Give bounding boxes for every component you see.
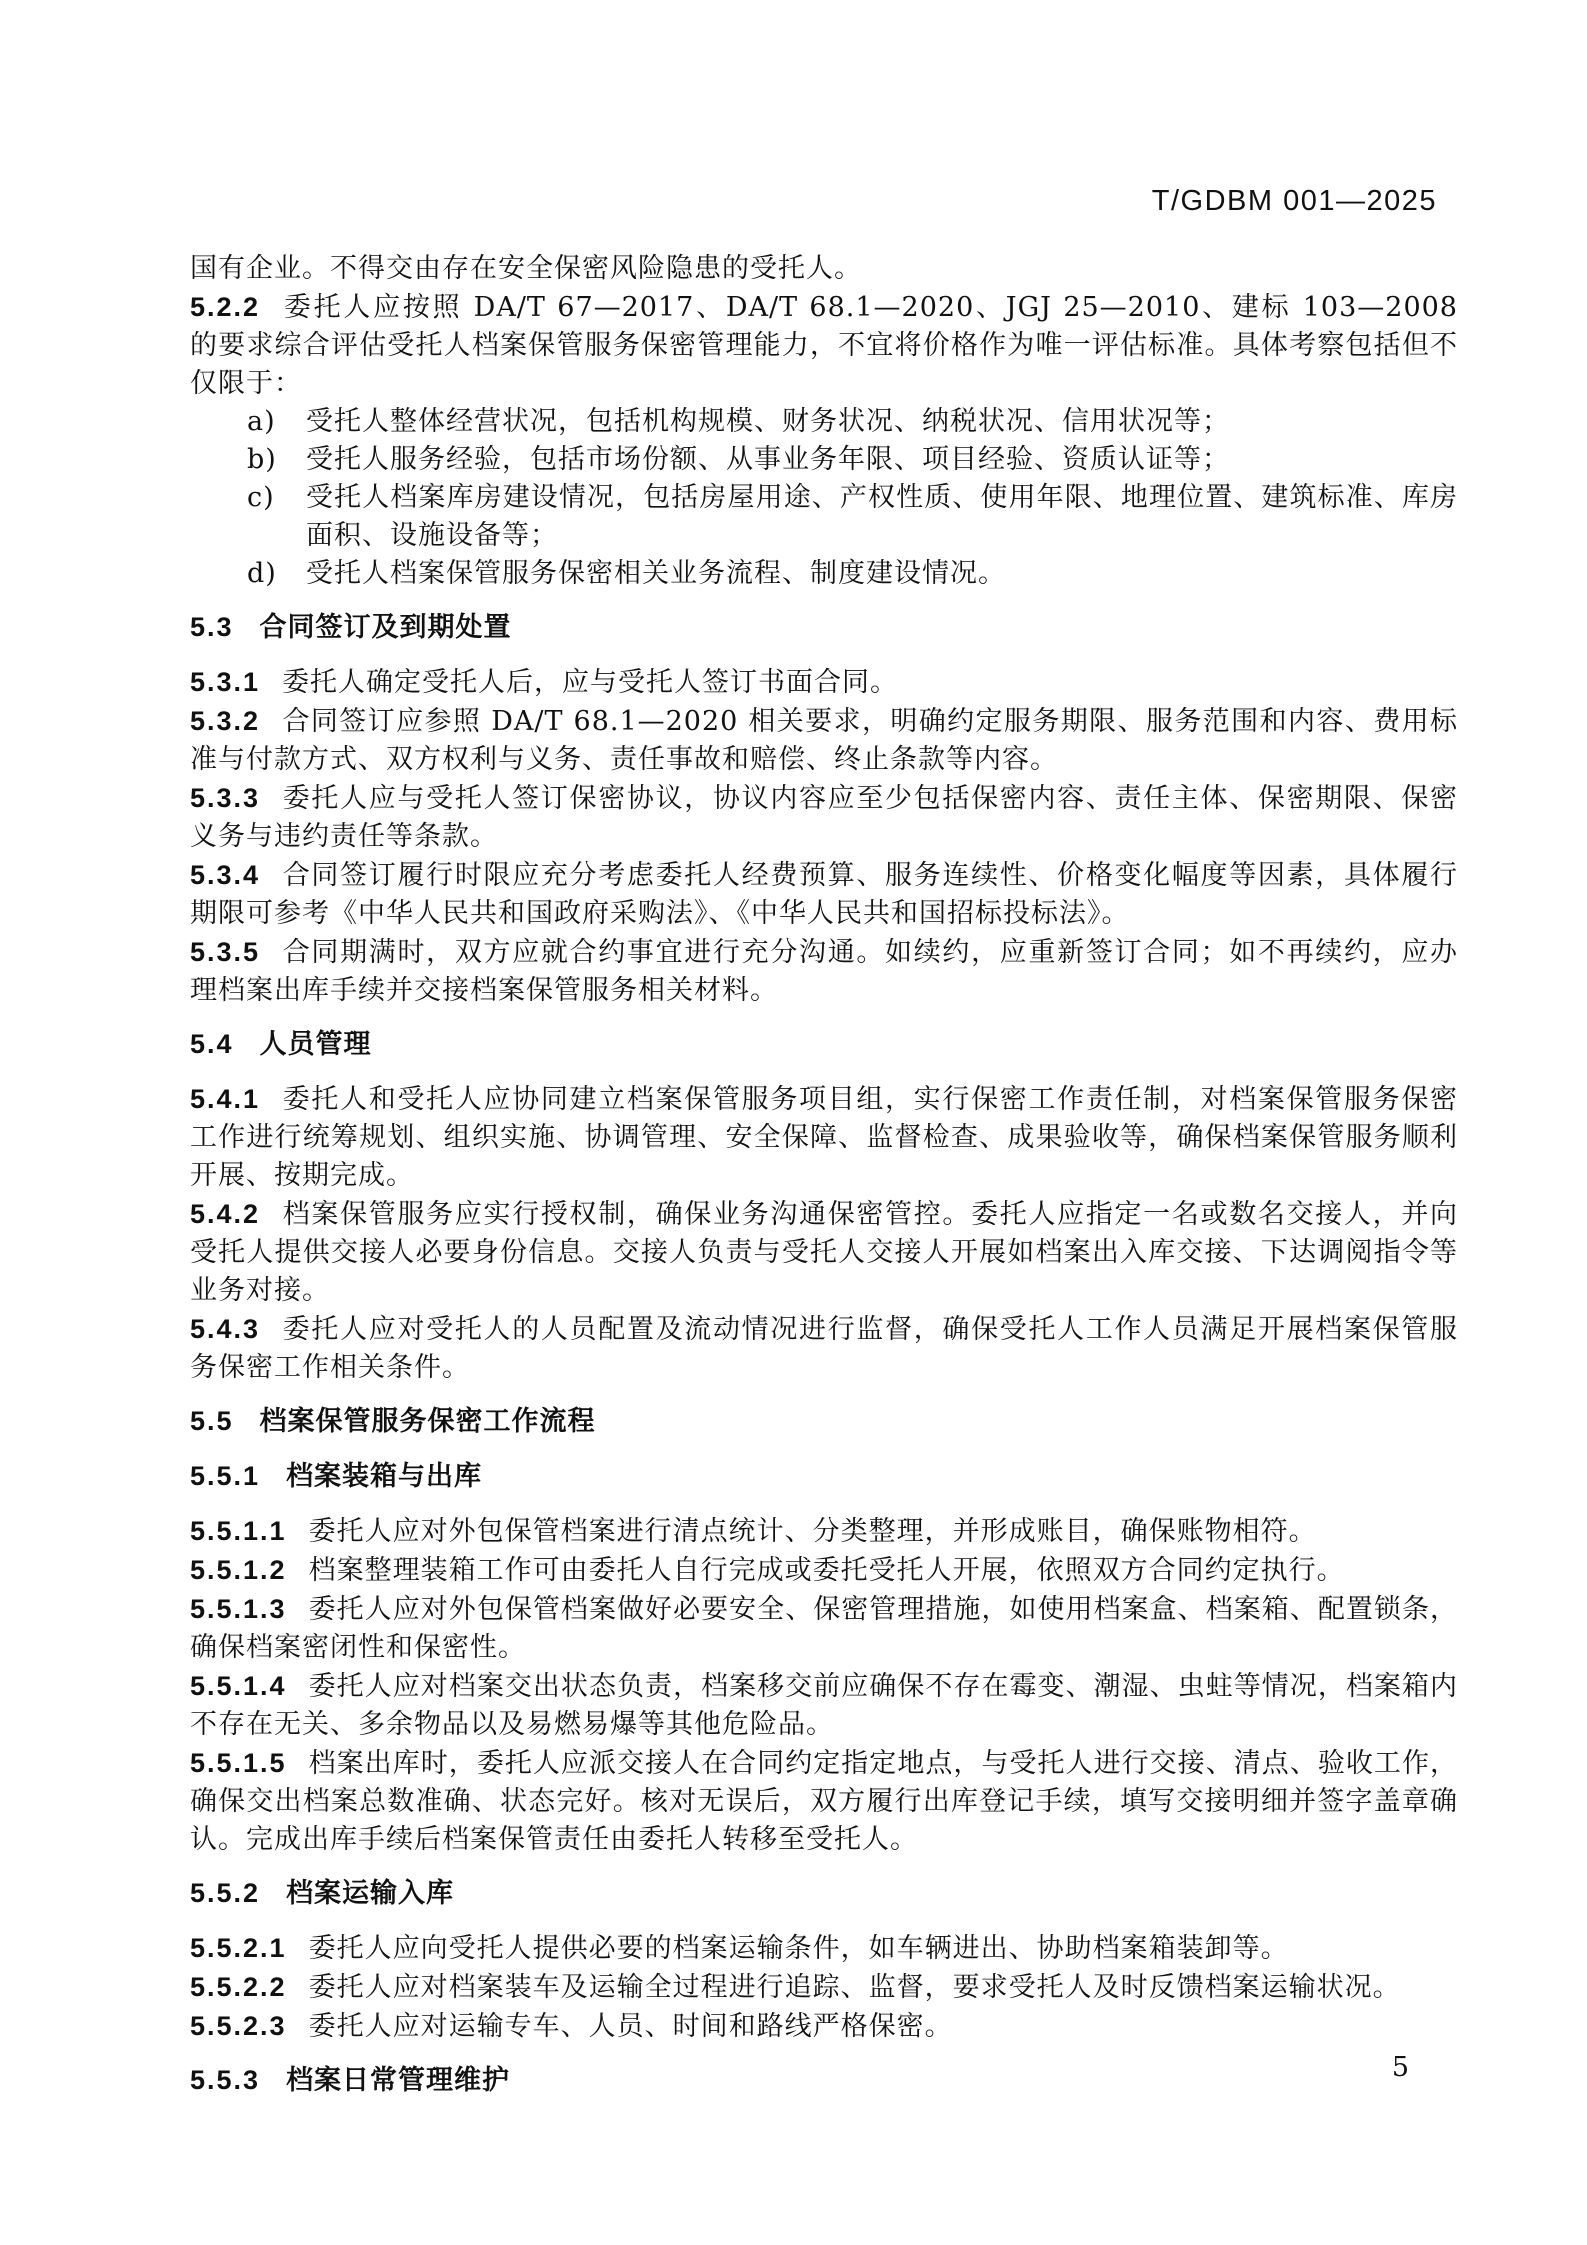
body-text: 国有企业。不得交由存在安全保密风险隐患的受托人。 — [190, 253, 862, 284]
heading-number: 5.5.1 — [190, 1461, 260, 1491]
clause-number: 5.3.3 — [190, 783, 260, 813]
list-item-label: a) — [247, 403, 276, 441]
list-item: c)受托人档案库房建设情况，包括房屋用途、产权性质、使用年限、地理位置、建筑标准… — [190, 479, 1458, 555]
list-item-label: d) — [247, 555, 277, 593]
clause-paragraph: 5.3.5合同期满时，双方应就合约事宜进行充分沟通。如续约，应重新签订合同；如不… — [190, 933, 1458, 1010]
heading-text: 档案运输入库 — [286, 1878, 454, 1908]
clause-text: 档案出库时，委托人应派交接人在合同约定指定地点，与受托人进行交接、清点、验收工作… — [190, 1748, 1458, 1855]
clause-paragraph: 5.5.2.3委托人应对运输专车、人员、时间和路线严格保密。 — [190, 2007, 1458, 2046]
clause-number: 5.3.1 — [190, 667, 260, 697]
list-item-text: 受托人档案保管服务保密相关业务流程、制度建设情况。 — [306, 558, 1006, 589]
heading-number: 5.5 — [190, 1406, 234, 1436]
section-heading: 5.5档案保管服务保密工作流程 — [190, 1402, 1458, 1440]
clause-paragraph: 5.3.2合同签订应参照 DA/T 68.1—2020 相关要求，明确约定服务期… — [190, 702, 1458, 779]
clause-text: 委托人和受托人应协同建立档案保管服务项目组，实行保密工作责任制，对档案保管服务保… — [190, 1084, 1458, 1191]
clause-paragraph: 5.2.2委托人应按照 DA/T 67—2017、DA/T 68.1—2020、… — [190, 288, 1458, 403]
clause-text: 委托人应对外包保管档案做好必要安全、保密管理措施，如使用档案盒、档案箱、配置锁条… — [190, 1594, 1458, 1663]
section-heading: 5.5.3档案日常管理维护 — [190, 2061, 1458, 2099]
clause-text: 委托人应对受托人的人员配置及流动情况进行监督，确保受托人工作人员满足开展档案保管… — [190, 1314, 1458, 1383]
clause-paragraph: 5.4.1委托人和受托人应协同建立档案保管服务项目组，实行保密工作责任制，对档案… — [190, 1080, 1458, 1195]
clause-text: 委托人应对运输专车、人员、时间和路线严格保密。 — [309, 2011, 953, 2042]
clause-text: 委托人确定受托人后，应与受托人签订书面合同。 — [282, 667, 898, 698]
heading-number: 5.4 — [190, 1029, 234, 1059]
list-item: d)受托人档案保管服务保密相关业务流程、制度建设情况。 — [190, 555, 1458, 593]
clause-paragraph: 5.5.1.4委托人应对档案交出状态负责，档案移交前应确保不存在霉变、潮湿、虫蛀… — [190, 1667, 1458, 1744]
document-content: 国有企业。不得交由存在安全保密风险隐患的受托人。5.2.2委托人应按照 DA/T… — [190, 250, 1458, 2116]
clause-text: 委托人应对档案交出状态负责，档案移交前应确保不存在霉变、潮湿、虫蛀等情况，档案箱… — [190, 1671, 1458, 1740]
clause-text: 委托人应与受托人签订保密协议，协议内容应至少包括保密内容、责任主体、保密期限、保… — [190, 783, 1458, 852]
list-item-label: b) — [247, 441, 277, 479]
page-number: 5 — [1392, 2052, 1409, 2083]
clause-paragraph: 5.3.3委托人应与受托人签订保密协议，协议内容应至少包括保密内容、责任主体、保… — [190, 779, 1458, 856]
list-item-text: 受托人整体经营状况，包括机构规模、财务状况、纳税状况、信用状况等； — [306, 406, 1230, 437]
clause-number: 5.5.2.1 — [190, 1933, 287, 1963]
section-heading: 5.5.2档案运输入库 — [190, 1874, 1458, 1912]
clause-paragraph: 5.5.1.3委托人应对外包保管档案做好必要安全、保密管理措施，如使用档案盒、档… — [190, 1590, 1458, 1667]
clause-paragraph: 5.4.3委托人应对受托人的人员配置及流动情况进行监督，确保受托人工作人员满足开… — [190, 1310, 1458, 1387]
clause-number: 5.3.5 — [190, 937, 260, 967]
heading-text: 人员管理 — [260, 1029, 372, 1059]
clause-paragraph: 5.5.1.5档案出库时，委托人应派交接人在合同约定指定地点，与受托人进行交接、… — [190, 1744, 1458, 1859]
document-page: T/GDBM 001—2025 国有企业。不得交由存在安全保密风险隐患的受托人。… — [0, 0, 1587, 2245]
section-heading: 5.5.1档案装箱与出库 — [190, 1457, 1458, 1495]
clause-number: 5.4.3 — [190, 1314, 260, 1344]
clause-number: 5.5.1.5 — [190, 1748, 287, 1778]
clause-text: 委托人应按照 DA/T 67—2017、DA/T 68.1—2020、JGJ 2… — [190, 292, 1458, 399]
clause-number: 5.5.2.2 — [190, 1972, 287, 2002]
body-paragraph: 国有企业。不得交由存在安全保密风险隐患的受托人。 — [190, 250, 1458, 288]
heading-text: 档案保管服务保密工作流程 — [260, 1406, 596, 1436]
heading-text: 档案日常管理维护 — [286, 2065, 510, 2095]
clause-paragraph: 5.3.1委托人确定受托人后，应与受托人签订书面合同。 — [190, 663, 1458, 702]
list-item-text: 受托人服务经验，包括市场份额、从事业务年限、项目经验、资质认证等； — [306, 444, 1230, 475]
clause-number: 5.2.2 — [190, 292, 260, 322]
list-item: b)受托人服务经验，包括市场份额、从事业务年限、项目经验、资质认证等； — [190, 441, 1458, 479]
clause-paragraph: 5.5.1.2档案整理装箱工作可由委托人自行完成或委托受托人开展，依照双方合同约… — [190, 1551, 1458, 1590]
clause-paragraph: 5.5.2.2委托人应对档案装车及运输全过程进行追踪、监督，要求受托人及时反馈档… — [190, 1968, 1458, 2007]
heading-number: 5.3 — [190, 612, 234, 642]
heading-number: 5.5.3 — [190, 2065, 260, 2095]
clause-number: 5.5.2.3 — [190, 2011, 287, 2041]
list-item: a)受托人整体经营状况，包括机构规模、财务状况、纳税状况、信用状况等； — [190, 403, 1458, 441]
clause-text: 合同签订应参照 DA/T 68.1—2020 相关要求，明确约定服务期限、服务范… — [190, 706, 1458, 775]
list-item-text: 受托人档案库房建设情况，包括房屋用途、产权性质、使用年限、地理位置、建筑标准、库… — [306, 482, 1458, 551]
heading-number: 5.5.2 — [190, 1878, 260, 1908]
list-item-label: c) — [247, 479, 275, 517]
section-heading: 5.4人员管理 — [190, 1025, 1458, 1063]
clause-text: 委托人应对外包保管档案进行清点统计、分类整理，并形成账目，确保账物相符。 — [309, 1516, 1317, 1547]
clause-number: 5.5.1.4 — [190, 1671, 287, 1701]
clause-text: 档案保管服务应实行授权制，确保业务沟通保密管控。委托人应指定一名或数名交接人，并… — [190, 1199, 1458, 1306]
clause-paragraph: 5.4.2档案保管服务应实行授权制，确保业务沟通保密管控。委托人应指定一名或数名… — [190, 1195, 1458, 1310]
clause-number: 5.5.1.1 — [190, 1516, 287, 1546]
clause-number: 5.4.1 — [190, 1084, 260, 1114]
clause-number: 5.4.2 — [190, 1199, 260, 1229]
clause-text: 合同期满时，双方应就合约事宜进行充分沟通。如续约，应重新签订合同；如不再续约，应… — [190, 937, 1458, 1006]
clause-number: 5.3.4 — [190, 860, 260, 890]
clause-text: 合同签订履行时限应充分考虑委托人经费预算、服务连续性、价格变化幅度等因素，具体履… — [190, 860, 1458, 929]
clause-number: 5.5.1.2 — [190, 1555, 287, 1585]
clause-text: 委托人应向受托人提供必要的档案运输条件，如车辆进出、协助档案箱装卸等。 — [309, 1933, 1289, 1964]
clause-number: 5.3.2 — [190, 706, 260, 736]
heading-text: 合同签订及到期处置 — [260, 612, 512, 642]
section-heading: 5.3合同签订及到期处置 — [190, 608, 1458, 646]
clause-paragraph: 5.5.2.1委托人应向受托人提供必要的档案运输条件，如车辆进出、协助档案箱装卸… — [190, 1929, 1458, 1968]
clause-number: 5.5.1.3 — [190, 1594, 287, 1624]
clause-paragraph: 5.5.1.1委托人应对外包保管档案进行清点统计、分类整理，并形成账目，确保账物… — [190, 1512, 1458, 1551]
clause-text: 委托人应对档案装车及运输全过程进行追踪、监督，要求受托人及时反馈档案运输状况。 — [309, 1972, 1401, 2003]
clause-paragraph: 5.3.4合同签订履行时限应充分考虑委托人经费预算、服务连续性、价格变化幅度等因… — [190, 856, 1458, 933]
clause-text: 档案整理装箱工作可由委托人自行完成或委托受托人开展，依照双方合同约定执行。 — [309, 1555, 1345, 1586]
heading-text: 档案装箱与出库 — [286, 1461, 482, 1491]
standard-number-header: T/GDBM 001—2025 — [1152, 185, 1437, 218]
